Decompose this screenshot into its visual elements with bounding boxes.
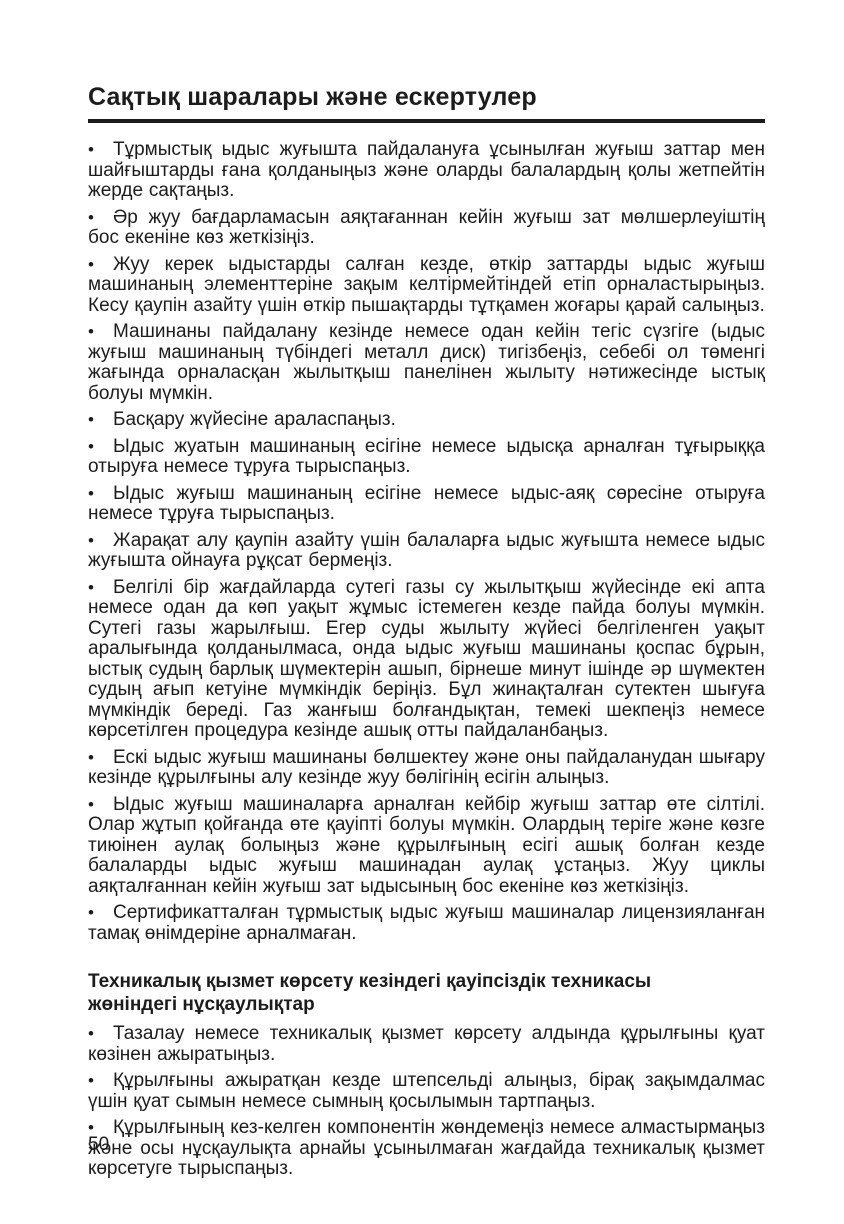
bullet-text: Белгілі бір жағдайларда сутегі газы су ж… — [88, 577, 765, 742]
bullet-marker: • — [88, 531, 113, 552]
bullet-marker: • — [88, 322, 113, 343]
bullet-marker: • — [88, 410, 113, 431]
bullet-text: Ыдыс жуғыш машинаның есігіне немесе ыдыс… — [88, 483, 765, 525]
bullet-marker: • — [88, 255, 113, 276]
section-maintenance-safety: Техникалық қызмет көрсету кезіндегі қауі… — [88, 970, 765, 1180]
bullet-item: •Жарақат алу қаупін азайту үшін балаларғ… — [88, 531, 765, 572]
bullet-text: Басқару жүйесіне араласпаңыз. — [113, 409, 396, 430]
bullet-text: Әр жуу бағдарламасын аяқтағаннан кейін ж… — [88, 207, 765, 249]
bullet-item: •Ыдыс жуғыш машиналарға арналған кейбір … — [88, 795, 765, 898]
manual-page: Сақтық шаралары және ескертулер •Тұрмыст… — [0, 0, 844, 1224]
bullet-marker: • — [88, 1071, 113, 1092]
bullet-item: •Құрылғыны ажыратқан кезде штепсельді ал… — [88, 1071, 765, 1112]
bullet-item: •Сертификатталған тұрмыстық ыдыс жуғыш м… — [88, 903, 765, 944]
bullet-item: •Машинаны пайдалану кезінде немесе одан … — [88, 322, 765, 404]
bullet-marker: • — [88, 140, 113, 161]
bullet-text: Тұрмыстық ыдыс жуғышта пайдалануға ұсыны… — [88, 139, 765, 201]
subsection-heading: Техникалық қызмет көрсету кезіндегі қауі… — [88, 970, 728, 1016]
bullet-item: •Тұрмыстық ыдыс жуғышта пайдалануға ұсын… — [88, 140, 765, 202]
bullet-marker: • — [88, 208, 113, 229]
bullet-marker: • — [88, 484, 113, 505]
bullet-text: Жуу керек ыдыстарды салған кезде, өткір … — [88, 254, 765, 316]
bullet-item: •Ыдыс жуғыш машинаның есігіне немесе ыды… — [88, 484, 765, 525]
bullet-text: Ыдыс жуғыш машиналарға арналған кейбір ж… — [88, 794, 765, 897]
bullet-item: •Белгілі бір жағдайларда сутегі газы су … — [88, 578, 765, 742]
bullet-item: •Басқару жүйесіне араласпаңыз. — [88, 410, 765, 431]
bullet-marker: • — [88, 1024, 113, 1045]
bullet-text: Құрылғыны ажыратқан кезде штепсельді алы… — [88, 1070, 765, 1112]
bullet-item: •Ыдыс жуатын машинаның есігіне немесе ыд… — [88, 437, 765, 478]
bullet-text: Тазалау немесе техникалық қызмет көрсету… — [88, 1023, 765, 1065]
bullet-item: •Тазалау немесе техникалық қызмет көрсет… — [88, 1024, 765, 1065]
bullet-marker: • — [88, 578, 113, 599]
bullet-item: •Жуу керек ыдыстарды салған кезде, өткір… — [88, 255, 765, 317]
bullet-item: •Құрылғының кез-келген компонентін жөнде… — [88, 1118, 765, 1180]
bullet-text: Құрылғының кез-келген компонентін жөндем… — [88, 1117, 765, 1179]
bullet-marker: • — [88, 795, 113, 816]
page-title: Сақтық шаралары және ескертулер — [88, 82, 765, 112]
bullet-marker: • — [88, 903, 113, 924]
bullet-marker: • — [88, 437, 113, 458]
bullet-item: •Әр жуу бағдарламасын аяқтағаннан кейін … — [88, 208, 765, 249]
page-number: 50 — [88, 1134, 109, 1156]
bullet-text: Жарақат алу қаупін азайту үшін балаларға… — [88, 530, 765, 572]
bullet-text: Ескі ыдыс жуғыш машинаны бөлшектеу және … — [88, 747, 765, 789]
bullet-text: Ыдыс жуатын машинаның есігіне немесе ыды… — [88, 436, 765, 478]
section-general-precautions: •Тұрмыстық ыдыс жуғышта пайдалануға ұсын… — [88, 140, 765, 944]
bullet-marker: • — [88, 748, 113, 769]
bullet-text: Машинаны пайдалану кезінде немесе одан к… — [88, 321, 765, 404]
bullet-item: •Ескі ыдыс жуғыш машинаны бөлшектеу және… — [88, 748, 765, 789]
bullet-text: Сертификатталған тұрмыстық ыдыс жуғыш ма… — [88, 902, 765, 944]
title-rule — [88, 119, 765, 123]
